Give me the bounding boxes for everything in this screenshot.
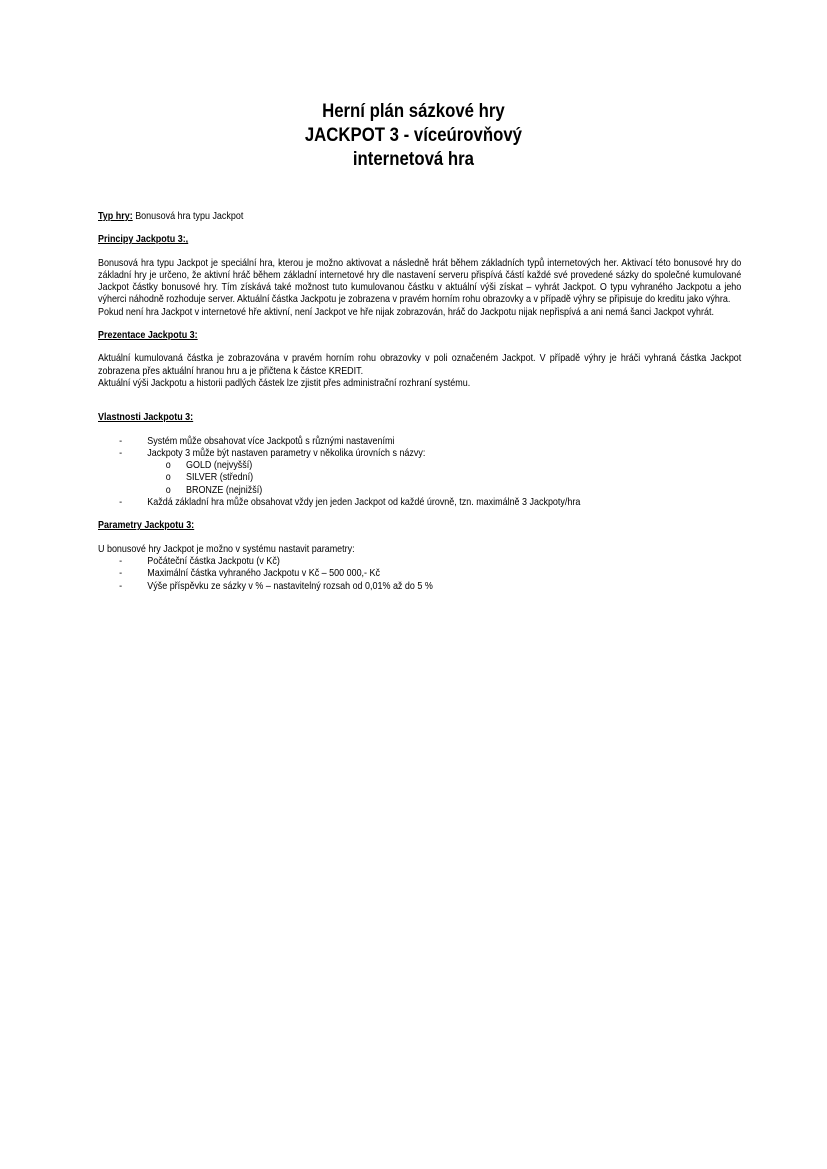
- dash-bullet: -: [119, 448, 122, 460]
- document-body: Typ hry: Bonusová hra typu Jackpot Princ…: [98, 211, 741, 593]
- dash-bullet: -: [119, 556, 122, 568]
- presentation-paragraph-1: Aktuální kumulovaná částka je zobrazován…: [98, 353, 741, 378]
- properties-list: - Systém může obsahovat více Jackpotů s …: [98, 436, 741, 461]
- parameters-intro: U bonusové hry Jackpot je možno v systém…: [98, 544, 741, 556]
- dash-bullet: -: [119, 497, 122, 509]
- document-page: Herní plán sázkové hry JACKPOT 3 - víceú…: [0, 0, 827, 1169]
- title-line-1: Herní plán sázkové hry: [58, 99, 769, 123]
- list-item: o GOLD (nejvyšší): [98, 460, 741, 472]
- title-line-3: internetová hra: [58, 147, 769, 171]
- circle-bullet: o: [166, 472, 171, 484]
- dash-bullet: -: [119, 436, 122, 448]
- list-item: o SILVER (střední): [98, 472, 741, 484]
- game-type: Typ hry: Bonusová hra typu Jackpot: [98, 211, 741, 223]
- levels-list: o GOLD (nejvyšší) o SILVER (střední) o B…: [98, 460, 741, 497]
- presentation-paragraph-2: Aktuální výši Jackpotu a historii padlýc…: [98, 378, 741, 390]
- list-item: o BRONZE (nejnižší): [98, 485, 741, 497]
- parameters-heading: Parametry Jackpotu 3:: [98, 520, 741, 532]
- presentation-heading: Prezentace Jackpotu 3:: [98, 330, 741, 342]
- circle-bullet: o: [166, 460, 171, 472]
- properties-list-continued: - Každá základní hra může obsahovat vždy…: [98, 497, 741, 509]
- list-item: - Jackpoty 3 může být nastaven parametry…: [98, 448, 741, 460]
- game-type-value: Bonusová hra typu Jackpot: [133, 211, 244, 222]
- game-type-label: Typ hry:: [98, 211, 133, 222]
- dash-bullet: -: [119, 568, 122, 580]
- principles-heading: Principy Jackpotu 3:,: [98, 234, 741, 246]
- principles-paragraph-1: Bonusová hra typu Jackpot je speciální h…: [98, 258, 741, 307]
- principles-paragraph-2: Pokud není hra Jackpot v internetové hře…: [98, 307, 741, 319]
- title-line-2: JACKPOT 3 - víceúrovňový: [58, 123, 769, 147]
- list-item: - Počáteční částka Jackpotu (v Kč): [98, 556, 741, 568]
- list-item: - Každá základní hra může obsahovat vždy…: [98, 497, 741, 509]
- document-title: Herní plán sázkové hry JACKPOT 3 - víceú…: [58, 99, 769, 171]
- circle-bullet: o: [166, 485, 171, 497]
- properties-heading: Vlastnosti Jackpotu 3:: [98, 412, 741, 424]
- parameters-list: - Počáteční částka Jackpotu (v Kč) - Max…: [98, 556, 741, 593]
- list-item: - Výše příspěvku ze sázky v % – nastavit…: [98, 581, 741, 593]
- dash-bullet: -: [119, 581, 122, 593]
- list-item: - Maximální částka vyhraného Jackpotu v …: [98, 568, 741, 580]
- list-item: - Systém může obsahovat více Jackpotů s …: [98, 436, 741, 448]
